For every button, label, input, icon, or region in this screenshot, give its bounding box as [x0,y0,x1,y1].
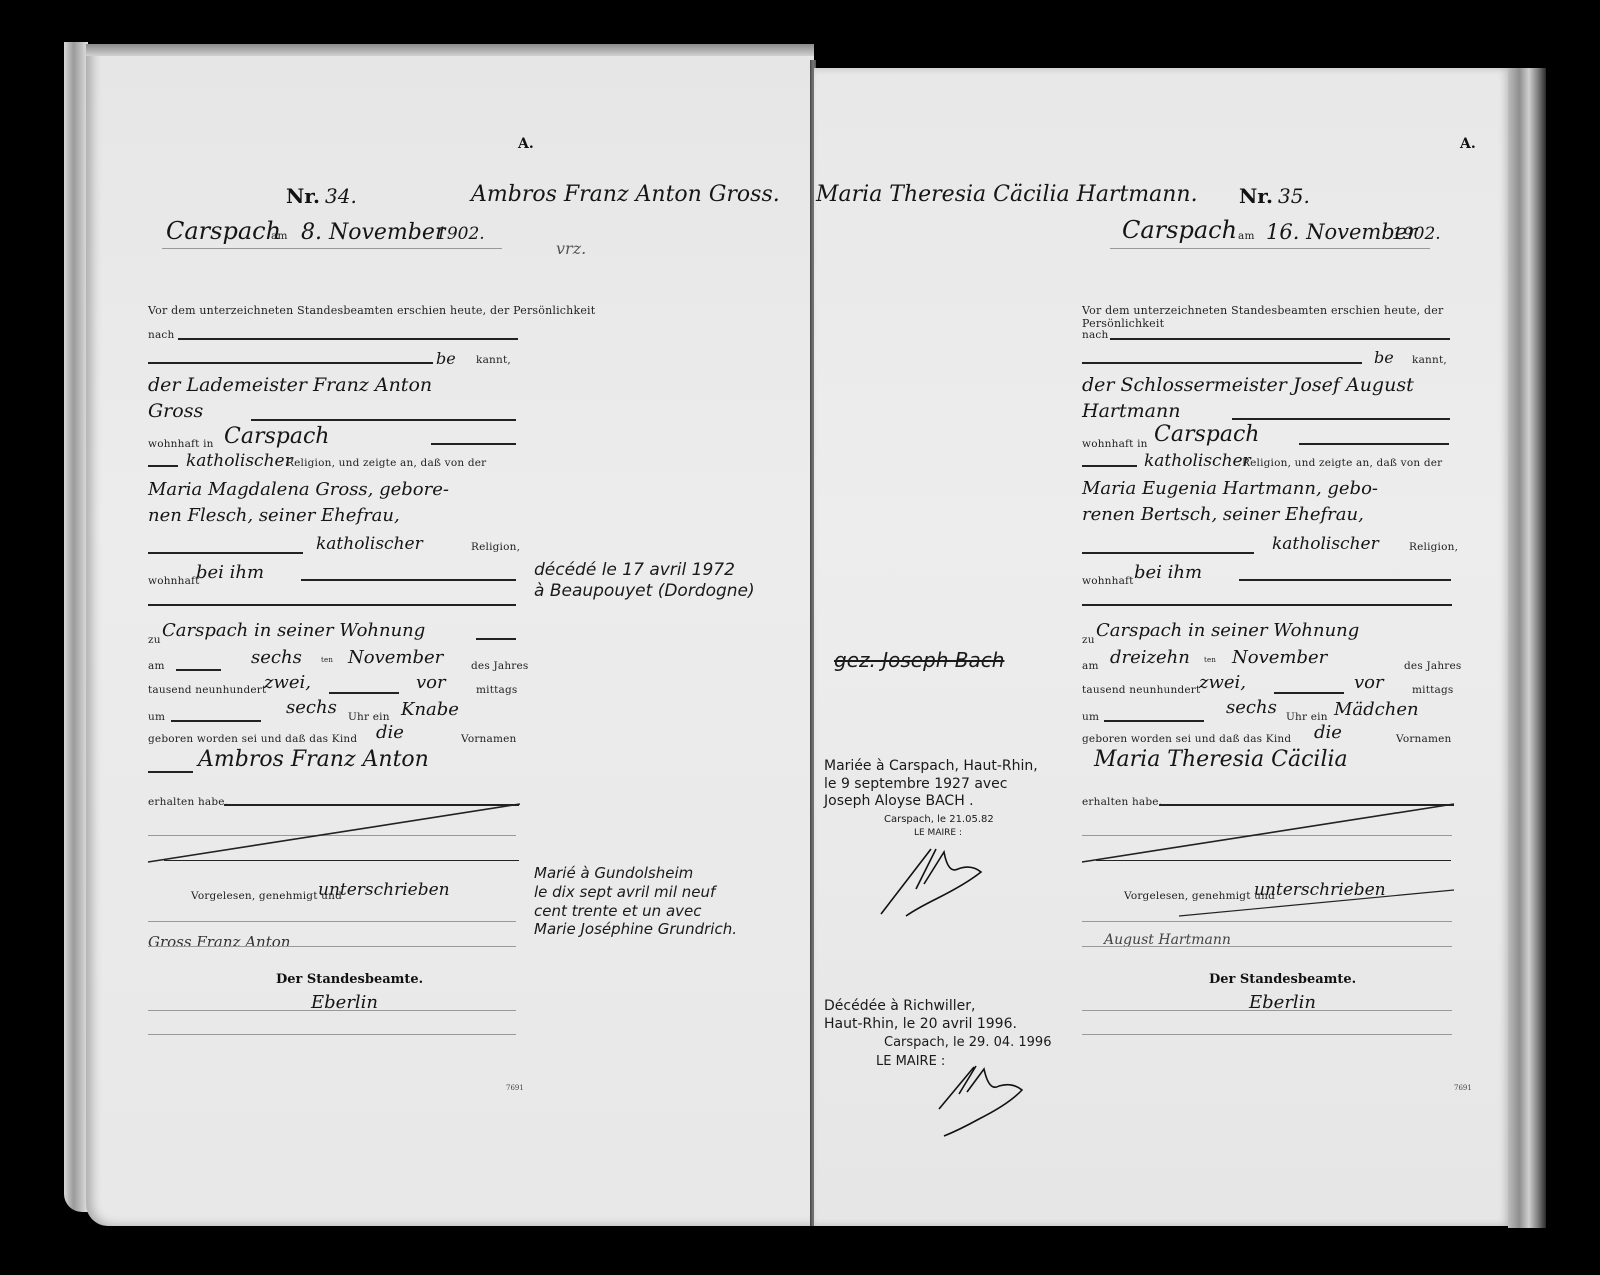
official-title: Der Standesbeamte. [276,972,423,987]
religion2-print: Religion, [471,541,520,553]
declarant-line1: der Lademeister Franz Anton [148,374,432,396]
vorgelesen-strike-line [1179,888,1459,918]
child-sex: Mädchen [1334,699,1419,720]
struck-signature: gez. Joseph Bach [834,648,1004,673]
religion2-hand: katholischer [1272,534,1379,554]
mother-residence: bei ihm [1134,562,1202,583]
declarant-signature: Gross Franz Anton [148,933,290,951]
left-page: A. Nr. 34. Ambros Franz Anton Gross. Car… [86,44,814,1226]
nach-label: nach [1082,329,1108,341]
religion1-hand: katholischer [186,451,293,471]
book-edge-left [64,42,88,1212]
death-attest: Carspach, le 29. 04. 1996 [884,1035,1051,1051]
marriage-annotation: Marié à Gundolsheim le dix sept avril mi… [534,864,737,939]
zu-label: zu [1082,634,1095,646]
footer-code: 7691 [506,1084,524,1092]
margin-name: Ambros Franz Anton Gross. [471,182,780,207]
declarant-line2: Hartmann [1082,400,1180,422]
marriage-attest: Carspach, le 21.05.82 [884,814,994,827]
religion2-hand: katholischer [316,534,423,554]
death-annotation: Décédée à Richwiller, Haut-Rhin, le 20 a… [824,998,1017,1033]
birth-hour: sechs [1226,697,1277,718]
birth-day: sechs [251,647,302,668]
am-label: am [1082,660,1099,672]
right-page: A. Maria Theresia Cäcilia Hartmann. Nr. … [814,68,1510,1226]
mother-residence: bei ihm [196,562,264,583]
geboren-label: geboren worden sei und daß das Kind [1082,733,1291,745]
form-intro: Vor dem unterzeichneten Standesbeamten e… [1082,304,1510,330]
entry-number-value: 34. [325,184,357,208]
birth-day: dreizehn [1110,647,1190,668]
um-label: um [1082,711,1099,723]
birth-year-word: zwei, [1199,672,1246,693]
date-prefix: am [1238,230,1255,242]
mittags-label: mittags [1412,684,1454,696]
vornamen-label: Vornamen [461,733,517,745]
void-diagonal-line [148,804,523,864]
section-letter: A. [1460,136,1476,152]
birth-hour: sechs [286,697,337,718]
mayor-signature-1996 [934,1064,1064,1144]
child-given-names: Ambros Franz Anton [198,747,429,772]
des-jahres: des Jahres [471,660,529,672]
entry-number-value: 35. [1278,184,1310,208]
birth-year-word: zwei, [264,672,311,693]
declarant-line1: der Schlossermeister Josef August [1082,374,1414,396]
bekannt-print: kannt, [476,354,511,366]
entry-number: Nr. 35. [1239,184,1310,208]
official-title: Der Standesbeamte. [1209,972,1356,987]
declarant-residence: Carspach [224,424,329,449]
record-place: Carspach [166,217,281,245]
wohnhaft-in-label: wohnhaft in [148,438,214,450]
record-place: Carspach [1122,216,1237,244]
section-letter: A. [518,136,534,152]
mittags-label: mittags [476,684,518,696]
void-diagonal-line [1082,804,1457,864]
bekannt-hand: be [1374,348,1394,367]
birth-place: Carspach in seiner Wohnung [1096,620,1359,641]
entry-number-label: Nr. [286,184,320,208]
vor-hand: vor [1354,672,1384,693]
record-date: 8. November [301,220,445,245]
child-article: die [1314,722,1342,743]
birth-place: Carspach in seiner Wohnung [162,620,425,641]
child-given-names: Maria Theresia Cäcilia [1094,747,1348,772]
vornamen-label: Vornamen [1396,733,1452,745]
bekannt-hand: be [436,349,456,368]
entry-number-label: Nr. [1239,184,1273,208]
margin-name: Maria Theresia Cäcilia Hartmann. [816,182,1198,207]
wohnhaft-label: wohnhaft [1082,575,1134,587]
entry-number: Nr. 34. [286,184,357,208]
marriage-maire: LE MAIRE : [914,828,962,839]
birth-month: November [348,647,443,668]
mother-line1: Maria Magdalena Gross, gebore- [148,479,449,500]
date-prefix: am [271,230,288,242]
declarant-line2: Gross [148,400,203,422]
book-edge-right [1508,68,1546,1228]
religion1-print: Religion, und zeigte an, daß von der [1242,457,1442,469]
am-label: am [148,660,165,672]
vor-hand: vor [416,672,446,693]
um-label: um [148,711,165,723]
child-article: die [376,722,404,743]
wohnhaft-label: wohnhaft [148,575,200,587]
death-annotation: décédé le 17 avril 1972 à Beaupouyet (Do… [534,560,755,603]
tausend-label: tausend neunhundert [1082,684,1200,696]
religion2-print: Religion, [1409,541,1458,553]
margin-mark: vrz. [556,239,586,258]
bekannt-print: kannt, [1412,354,1447,366]
ten-label: ten [321,656,333,664]
vorgelesen-hand: unterschrieben [318,880,450,900]
zu-label: zu [148,634,161,646]
record-year: 1902. [1392,224,1441,244]
nach-label: nach [148,329,174,341]
religion1-print: Religion, und zeigte an, daß von der [286,457,486,469]
record-year: 1902. [436,224,485,244]
mother-line1: Maria Eugenia Hartmann, gebo- [1082,478,1378,499]
form-intro: Vor dem unterzeichneten Standesbeamten e… [148,304,595,317]
wohnhaft-in-label: wohnhaft in [1082,438,1148,450]
marriage-annotation: Mariée à Carspach, Haut-Rhin, le 9 septe… [824,758,1038,811]
mayor-signature-1982 [876,844,1006,919]
child-sex: Knabe [401,699,459,720]
tausend-label: tausend neunhundert [148,684,266,696]
religion1-hand: katholischer [1144,451,1251,471]
geboren-label: geboren worden sei und daß das Kind [148,733,357,745]
birth-month: November [1232,647,1327,668]
declarant-residence: Carspach [1154,422,1259,447]
mother-line2: nen Flesch, seiner Ehefrau, [148,505,400,526]
des-jahres: des Jahres [1404,660,1462,672]
ten-label: ten [1204,656,1216,664]
mother-line2: renen Bertsch, seiner Ehefrau, [1082,504,1364,525]
footer-code: 7691 [1454,1084,1472,1092]
